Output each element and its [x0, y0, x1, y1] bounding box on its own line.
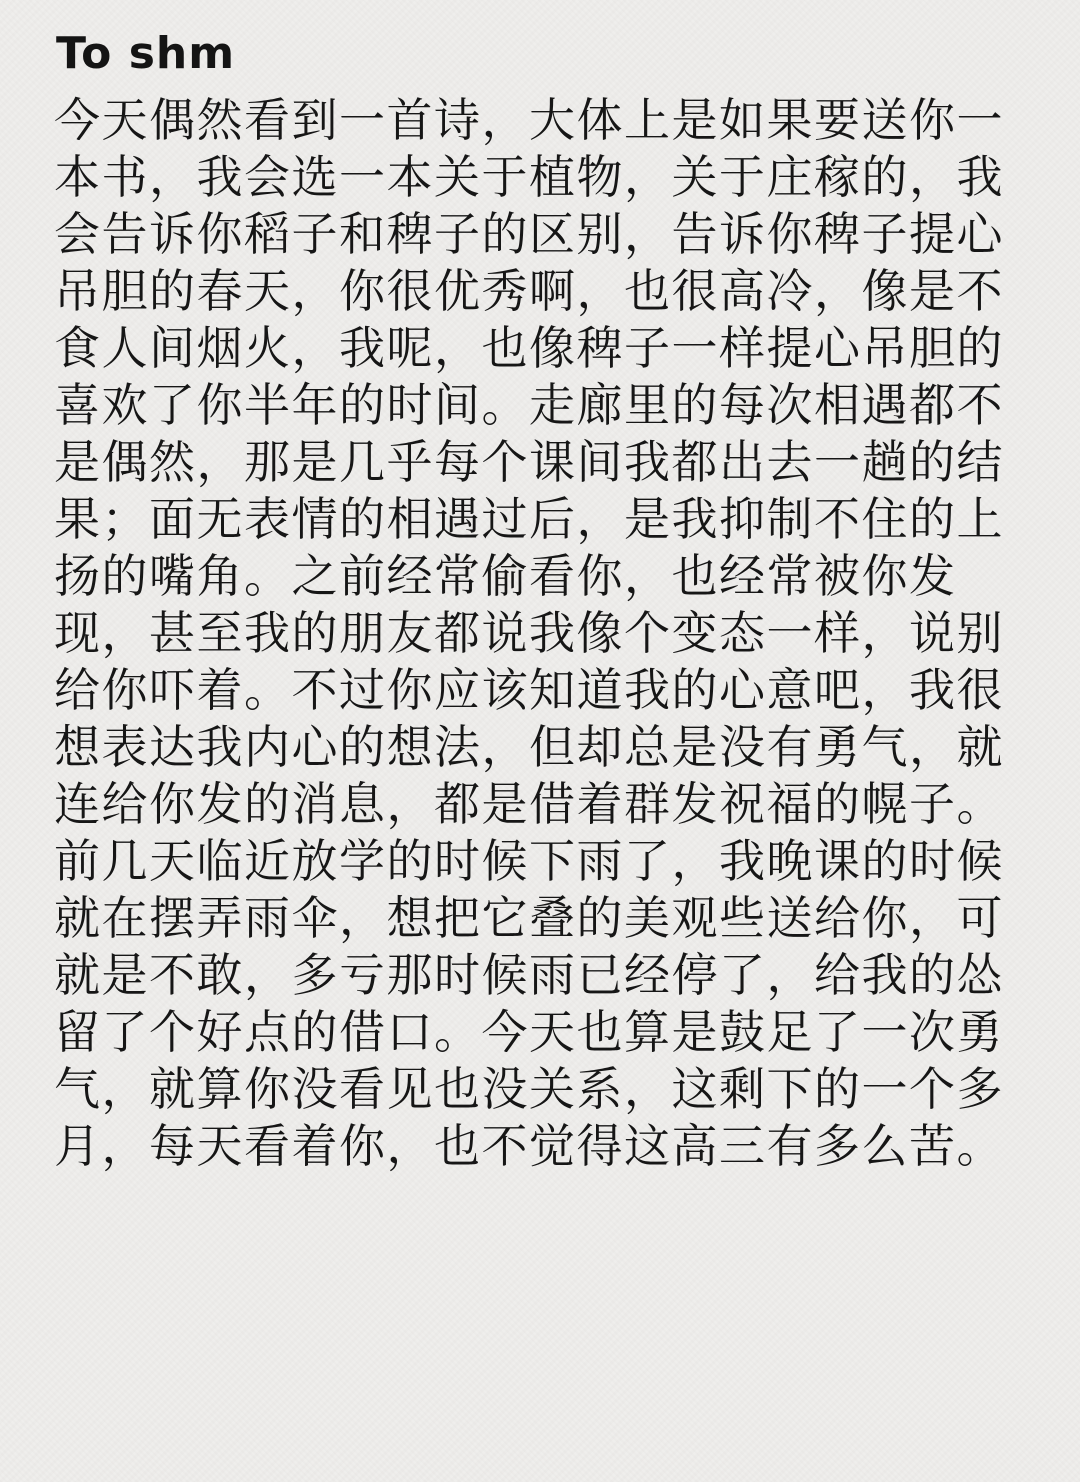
text-line: 连给你发的消息，都是借着群发祝福的幌子。: [54, 776, 1044, 833]
text-line: 本书，我会选一本关于植物，关于庄稼的，我: [54, 149, 1044, 206]
text-line: 留了个好点的借口。今天也算是鼓足了一次勇: [54, 1004, 1044, 1061]
text-line: 想表达我内心的想法，但却总是没有勇气，就: [54, 719, 1044, 776]
text-line: 果；面无表情的相遇过后，是我抑制不住的上: [54, 491, 1044, 548]
text-line: 现，甚至我的朋友都说我像个变态一样，说别: [54, 605, 1044, 662]
text-line: 会告诉你稻子和稗子的区别，告诉你稗子提心: [54, 206, 1044, 263]
text-line: 扬的嘴角。之前经常偷看你，也经常被你发: [54, 548, 1044, 605]
text-line: 给你吓着。不过你应该知道我的心意吧，我很: [54, 662, 1044, 719]
text-line: 是偶然，那是几乎每个课间我都出去一趟的结: [54, 434, 1044, 491]
text-line: 喜欢了你半年的时间。走廊里的每次相遇都不: [54, 377, 1044, 434]
text-line: 气，就算你没看见也没关系，这剩下的一个多: [54, 1061, 1044, 1118]
text-line: 吊胆的春天，你很优秀啊，也很高冷，像是不: [54, 263, 1044, 320]
text-line: 前几天临近放学的时候下雨了，我晚课的时候: [54, 833, 1044, 890]
letter-body: 今天偶然看到一首诗，大体上是如果要送你一 本书，我会选一本关于植物，关于庄稼的，…: [0, 82, 1080, 1175]
letter-page: To shm 今天偶然看到一首诗，大体上是如果要送你一 本书，我会选一本关于植物…: [0, 0, 1080, 1482]
text-line: 今天偶然看到一首诗，大体上是如果要送你一: [54, 92, 1044, 149]
text-line: 食人间烟火，我呢，也像稗子一样提心吊胆的: [54, 320, 1044, 377]
text-line: 就是不敢，多亏那时候雨已经停了，给我的怂: [54, 947, 1044, 1004]
text-line: 就在摆弄雨伞，想把它叠的美观些送给你，可: [54, 890, 1044, 947]
text-line: 月，每天看着你，也不觉得这高三有多么苦。: [54, 1118, 1044, 1175]
page-title: To shm: [0, 0, 1080, 82]
